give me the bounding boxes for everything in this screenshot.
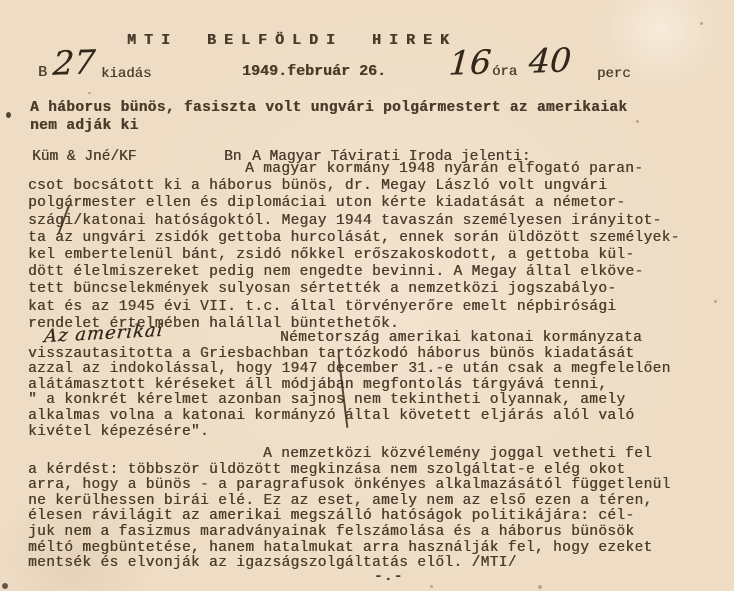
text-line: ne kerülhessen birái elé. Ez az eset, am… [28, 494, 671, 510]
text-line: kel embertelenül bánt, zsidó nőkkel erős… [28, 247, 680, 264]
text-line: juk nem a fasizmus maradványainak felszá… [28, 525, 671, 541]
minute-label: perc [597, 66, 631, 82]
text-line: alátámasztott kéréseket áll módjában meg… [28, 378, 671, 394]
text-line: kat és az 1945 évi VII. t.c. által törvé… [28, 299, 680, 316]
text-line: visszautasitotta a Griesbachban tartózko… [28, 347, 671, 363]
text-line: dött élelmiszereket pedig nem engedte be… [28, 264, 680, 281]
end-mark: -.- [374, 569, 404, 585]
text-line: alkalmas volna a katonai kormányzó által… [28, 409, 671, 425]
text-line: a kérdést: többször üldözött megkinzása … [28, 463, 671, 479]
date-text: 1949.február 26. [242, 63, 386, 80]
paper-speckle [6, 112, 11, 118]
paper-speckle [714, 300, 717, 303]
paragraph-1: A magyar kormány 1948 nyarán elfogató pa… [28, 161, 680, 333]
paper-speckle [88, 92, 91, 94]
edition-series-label: B [38, 64, 47, 81]
text-line: Németország amerikai katonai kormányzata [28, 331, 671, 347]
text-line: kivétel képezésére". [28, 425, 671, 441]
text-line: csot bocsátott ki a háborus bünös, dr. M… [28, 178, 680, 195]
text-line: A magyar kormány 1948 nyarán elfogató pa… [28, 161, 680, 178]
text-line: ta az ungvári zsidók gettoba hurcolását,… [28, 230, 680, 247]
text-line: élesen rávilágit az amerikai megszálló h… [28, 509, 671, 525]
text-line: mentsék és elvonják az igazságszolgáltat… [28, 556, 671, 572]
paper-speckle [430, 585, 433, 588]
text-line: polgármester ellen és diplomáciai uton k… [28, 195, 680, 212]
text-line: " a konkrét kérelmet azonban sajnos nem … [28, 393, 671, 409]
minute-handwritten: 40 [528, 43, 572, 77]
text-line: nem adják ki [30, 117, 627, 135]
text-line: szági/katonai hatóságoktól. Megay 1944 t… [28, 213, 680, 230]
text-line: A nemzetközi közvélemény joggal vetheti … [28, 447, 671, 463]
edition-kiadas-label: kiadás [101, 66, 151, 82]
text-line: arra, hogy a bünös - a paragrafusok önké… [28, 478, 671, 494]
hour-handwritten: 16 [448, 45, 492, 79]
paragraph-3: A nemzetközi közvélemény joggal vetheti … [28, 447, 671, 572]
paragraph-2: Németország amerikai katonai kormányzata… [28, 331, 671, 440]
document-title: MTI BELFÖLDI HIREK [127, 32, 457, 49]
edition-number-handwritten: 27 [52, 45, 96, 79]
text-line: méltó megbüntetése, hanem hatalmukat arr… [28, 541, 671, 557]
paper-speckle [636, 120, 639, 123]
document-page: MTI BELFÖLDI HIREK B 27 kiadás 1949.febr… [0, 0, 734, 591]
paper-speckle [2, 583, 8, 589]
paper-speckle [538, 585, 542, 589]
text-line: tett büncselekmények sulyosan sértették … [28, 281, 680, 298]
hour-label: óra [492, 64, 517, 80]
headline: A háborus bünös, fasiszta volt ungvári p… [30, 99, 627, 135]
text-line: azzal az indokolással, hogy 1947 decembe… [28, 362, 671, 378]
paper-speckle [700, 22, 703, 25]
text-line: A háborus bünös, fasiszta volt ungvári p… [30, 99, 627, 117]
